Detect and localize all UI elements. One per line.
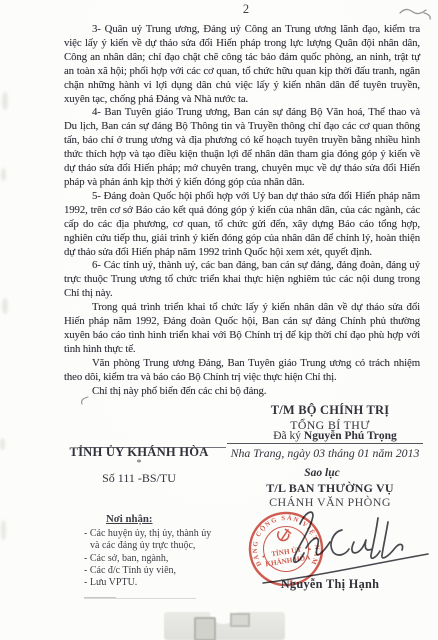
recipients-block: Nơi nhận: - Các huyện ủy, thị ủy, thành … — [84, 513, 254, 589]
scan-smudge — [2, 92, 8, 110]
body-paragraph: 4- Ban Tuyên giáo Trung ương, Ban cán sự… — [64, 106, 420, 189]
copy-certification-label: Sao lục — [252, 467, 392, 479]
pen-tick-artifact — [76, 394, 92, 408]
standing-committee-line: T/L BAN THƯỜNG VỤ — [252, 481, 408, 496]
body-paragraph: 6- Các tỉnh uỷ, thành uỷ, các ban đảng, … — [64, 259, 420, 301]
body-paragraph: 5- Đảng đoàn Quốc hội phối hợp với Uỷ ba… — [64, 190, 420, 260]
artifact-glyph — [194, 617, 216, 640]
signed-by-line: Đã ký Nguyễn Phú Trọng — [255, 430, 415, 442]
document-body: 3- Quân uỷ Trung ương, Đảng uỷ Công an T… — [64, 23, 420, 398]
pen-squiggle-artifact — [396, 2, 438, 24]
signer-name: Nguyễn Thị Hạnh — [252, 577, 408, 592]
scan-faint-line — [84, 597, 116, 598]
doc-number: Số 111 -BS/TU — [66, 471, 212, 486]
recipient-item: - Các đ/c Tỉnh ủy viên, — [84, 565, 254, 577]
artifact-glyph — [230, 613, 250, 627]
signed-name: Nguyễn Phú Trọng — [304, 430, 397, 442]
scanned-document-page: 2 3- Quân uỷ Trung ương, Đảng uỷ Công an… — [0, 0, 438, 640]
place-date-line: Nha Trang, ngày 03 tháng 01 năm 2013 — [230, 446, 420, 461]
body-paragraph: Chỉ thị này phổ biến đến các chi bộ đảng… — [64, 385, 420, 399]
body-paragraph: 3- Quân uỷ Trung ương, Đảng uỷ Công an T… — [64, 23, 420, 106]
body-paragraph: Trong quá trình triển khai tổ chức lấy ý… — [64, 301, 420, 357]
recipient-item: - Các sở, ban, ngành, — [84, 553, 254, 565]
recipient-item: - Lưu VPTU. — [84, 577, 254, 589]
recipients-heading: Nơi nhận: — [106, 513, 254, 525]
page-number: 2 — [236, 2, 256, 17]
scan-smudge — [0, 438, 5, 450]
org-separator-star: * — [66, 458, 212, 469]
scan-smudge — [1, 520, 6, 540]
bleed-through-artifact — [164, 612, 285, 640]
scan-smudge — [1, 168, 6, 181]
scan-smudge — [2, 298, 8, 314]
politburo-on-behalf-line: T/M BỘ CHÍNH TRỊ — [260, 403, 400, 418]
signed-prefix: Đã ký — [273, 430, 301, 442]
header-rule-right — [227, 443, 423, 444]
body-paragraph: Văn phòng Trung ương Đảng, Ban Tuyên giá… — [64, 357, 420, 385]
recipient-item: - Các huyện ủy, thị ủy, thành ủy — [84, 528, 254, 540]
scan-faint-line — [84, 598, 196, 599]
recipient-item: và các đảng ủy trực thuộc, — [84, 540, 254, 552]
